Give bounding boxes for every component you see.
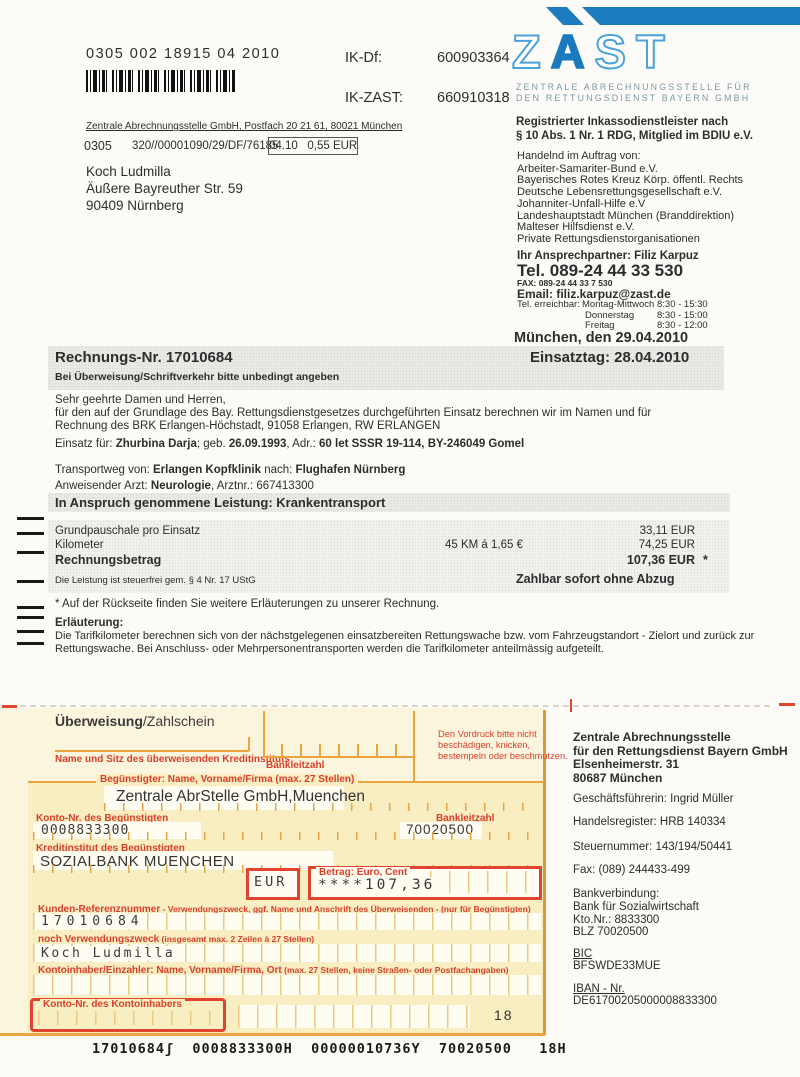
margin-mark bbox=[17, 580, 44, 583]
blz-tick bbox=[395, 744, 397, 756]
iban-value: DE61700205000008833300 bbox=[573, 995, 717, 1008]
row-amount-1: 74,25 EUR bbox=[555, 539, 695, 551]
org-item: Private Rettungsdienstorganisationen bbox=[517, 234, 743, 246]
tax-note: Die Leistung ist steuerfrei gem. § 4 Nr.… bbox=[55, 575, 256, 586]
birth-date: 26.09.1993 bbox=[229, 438, 287, 450]
blz-tick bbox=[319, 744, 321, 756]
ik-zast-label: IK-ZAST: bbox=[345, 90, 403, 106]
recipient-city: 90409 Nürnberg bbox=[86, 197, 243, 214]
body-line1: für den auf der Grundlage des Bay. Rettu… bbox=[55, 407, 651, 419]
body-line2: Rechnung des BRK Erlangen-Höchstadt, 910… bbox=[55, 420, 440, 432]
company-ceo: Geschäftsführerin: Ingrid Müller bbox=[573, 793, 733, 806]
slip-warning: Den Vordruck bitte nicht beschädigen, kn… bbox=[438, 729, 568, 762]
invoice-scan-page: 0305 002 18915 04 2010 IK-Df: 600903364 … bbox=[0, 0, 800, 1077]
invoice-number-note: Bei Überweisung/Schriftverkehr bitte unb… bbox=[55, 371, 339, 383]
blz-tick bbox=[300, 744, 302, 756]
logo-letter-s: S bbox=[595, 25, 636, 78]
postage-box: 04.10 0,55 EUR bbox=[268, 137, 358, 155]
blz-tick bbox=[376, 744, 378, 756]
salutation: Sehr geehrte Damen und Herren, bbox=[55, 394, 226, 406]
payable-note: Zahlbar sofort ohne Abzug bbox=[516, 572, 675, 586]
blz-bracket-right bbox=[413, 711, 415, 782]
sender-return-address: Zentrale Abrechnungsstelle GmbH, Postfac… bbox=[86, 121, 402, 132]
recipient-street: Äußere Bayreuther Str. 59 bbox=[86, 180, 243, 197]
company-block: Zentrale Abrechnungsstelle für den Rettu… bbox=[573, 731, 788, 785]
code-mid: 320//00001090/29/DF/76185 bbox=[132, 140, 278, 152]
aux-field bbox=[238, 1005, 470, 1028]
reference-value: 17010684 bbox=[41, 914, 147, 929]
company-fax: Fax: (089) 244433-499 bbox=[573, 864, 690, 877]
slip-bottom-rule bbox=[0, 1033, 545, 1036]
holder-account-cells bbox=[38, 1011, 214, 1025]
bank-details: Bank für Sozialwirtschaft Kto.Nr.: 88333… bbox=[573, 901, 699, 939]
currency-value: EUR bbox=[254, 874, 287, 890]
company-city: 80687 München bbox=[573, 772, 788, 786]
logo-letter-a: A bbox=[551, 25, 595, 78]
sender-bank-rule-tick bbox=[248, 737, 250, 751]
arzt-specialty: Neurologie bbox=[151, 480, 211, 492]
blz-bracket-bottom bbox=[263, 756, 414, 758]
service-title: In Anspruch genommene Leistung: Krankent… bbox=[55, 495, 385, 510]
hours-time-1: 8:30 - 15:00 bbox=[657, 310, 708, 321]
recipient-name: Koch Ludmilla bbox=[86, 163, 243, 180]
einsatztag: Einsatztag: 28.04.2010 bbox=[530, 349, 689, 366]
margin-mark bbox=[17, 616, 44, 619]
hours-label: Tel. erreichbar: bbox=[517, 299, 580, 310]
bank-details-label: Bankverbindung: bbox=[573, 888, 659, 901]
blz-top-label: Bankleitzahl bbox=[266, 760, 324, 771]
logo-letter-z: Z bbox=[512, 25, 551, 78]
blz-tick bbox=[281, 744, 283, 756]
footnote: * Auf der Rückseite finden Sie weitere E… bbox=[55, 598, 439, 610]
registered-line2: § 10 Abs. 1 Nr. 1 RDG, Mitglied im BDIU … bbox=[516, 130, 753, 142]
hours-time-0: 8:30 - 15:30 bbox=[657, 299, 708, 310]
hours-day-1: Donnerstag bbox=[585, 310, 634, 321]
cut-mark-right bbox=[779, 703, 795, 706]
sender-bank-rule bbox=[55, 750, 249, 752]
slip-code18: 18 bbox=[494, 1007, 514, 1023]
amount-value: ****107,36 bbox=[318, 877, 435, 893]
blz-bracket-left bbox=[263, 711, 265, 757]
logo-tagline: ZENTRALE ABRECHNUNGSSTELLE FÜR DEN RETTU… bbox=[516, 82, 752, 103]
sender-bank-label: Name und Sitz des überweisenden Kreditin… bbox=[55, 754, 290, 765]
patient-name: Zhurbina Darja bbox=[116, 438, 197, 450]
ik-df-label: IK-Df: bbox=[345, 50, 382, 66]
ik-zast-value: 660910318 bbox=[437, 90, 510, 106]
code-left: 0305 bbox=[84, 139, 112, 153]
city-date: München, den 29.04.2010 bbox=[514, 330, 688, 346]
bank-account: Kto.Nr.: 8833300 bbox=[573, 914, 699, 927]
acting-label: Handelnd im Auftrag von: bbox=[517, 151, 641, 163]
margin-mark bbox=[17, 606, 44, 609]
row-label-2: Rechnungsbetrag bbox=[55, 553, 161, 567]
margin-mark bbox=[17, 532, 44, 535]
row-detail-1: 45 KM á 1,65 € bbox=[445, 539, 523, 551]
cut-mark-center bbox=[570, 699, 572, 712]
ik-df-value: 600903364 bbox=[437, 50, 510, 66]
transport-to: Flughafen Nürnberg bbox=[296, 464, 406, 476]
registered-line1: Registrierter Inkassodienstleister nach bbox=[516, 116, 728, 128]
perforation-line bbox=[20, 705, 770, 707]
blz-tick bbox=[338, 744, 340, 756]
blz-tick bbox=[357, 744, 359, 756]
company-register: Handelsregister: HRB 140334 bbox=[573, 816, 726, 829]
company-tax-number: Steuernummer: 143/194/50441 bbox=[573, 841, 732, 854]
iban-label: IBAN - Nr. bbox=[573, 983, 625, 996]
bank-blz: BLZ 70020500 bbox=[573, 926, 699, 939]
bic-label: BIC bbox=[573, 948, 592, 961]
org-item: Johanniter-Unfall-Hilfe e.V bbox=[517, 199, 743, 211]
row-label-1: Kilometer bbox=[55, 539, 104, 551]
hours-day-0: Montag-Mittwoch bbox=[582, 299, 654, 310]
margin-mark bbox=[17, 630, 44, 633]
purpose-value: Koch Ludmilla bbox=[41, 946, 178, 961]
margin-mark bbox=[17, 642, 44, 645]
bic-value: BFSWDE33MUE bbox=[573, 960, 661, 973]
transport-from: Erlangen Kopfklinik bbox=[153, 464, 261, 476]
invoice-number: Rechnungs-Nr. 17010684 bbox=[55, 349, 233, 366]
organizations-list: Arbeiter-Samariter-Bund e.V. Bayerisches… bbox=[517, 164, 743, 247]
header-blue-stripe bbox=[582, 7, 800, 25]
beneficiary-value: Zentrale AbrStelle GmbH,Muenchen bbox=[116, 788, 365, 806]
explanation-line1: Die Tarifkilometer berechnen sich von de… bbox=[55, 630, 754, 642]
zast-logo: ZAST bbox=[512, 28, 675, 75]
holder-field bbox=[33, 975, 541, 995]
transport-line: Transportweg von: Erlangen Kopfklinik na… bbox=[55, 464, 405, 476]
logo-letter-t: T bbox=[636, 25, 675, 78]
margin-mark bbox=[17, 551, 44, 554]
row-label-0: Grundpauschale pro Einsatz bbox=[55, 525, 200, 537]
company-street: Elsenheimerstr. 31 bbox=[573, 758, 788, 772]
explanation-label: Erläuterung: bbox=[55, 617, 123, 629]
row-ticks bbox=[33, 832, 541, 840]
amount-star: * bbox=[703, 553, 708, 567]
einsatz-line: Einsatz für: Zhurbina Darja; geb. 26.09.… bbox=[55, 438, 524, 450]
micr-code-line: 17010684ʃ 0008833300H 00000010736Y 70020… bbox=[92, 1041, 567, 1057]
arzt-line: Anweisender Arzt: Neurologie, Arztnr.: 6… bbox=[55, 480, 314, 492]
holder-account-label: Konto-Nr. des Kontoinhabers bbox=[40, 999, 185, 1010]
explanation-line2: Rettungswache. Bei Anschluss- oder Mehrp… bbox=[55, 643, 604, 655]
bank-name: Bank für Sozialwirtschaft bbox=[573, 901, 699, 914]
company-name-1: Zentrale Abrechnungsstelle bbox=[573, 731, 788, 745]
reference-code: 0305 002 18915 04 2010 bbox=[86, 46, 280, 62]
row-amount-2: 107,36 EUR bbox=[555, 553, 695, 567]
row-amount-0: 33,11 EUR bbox=[555, 525, 695, 537]
margin-mark bbox=[17, 517, 44, 520]
amount-box-cells bbox=[430, 871, 538, 893]
patient-address: 60 let SSSR 19-114, BY-246049 Gomel bbox=[319, 438, 524, 450]
slip-title: Überweisung/Zahlschein bbox=[55, 713, 215, 729]
company-name-2: für den Rettungsdienst Bayern GmbH bbox=[573, 745, 788, 759]
beneficiary-label: Begünstigter: Name, Vorname/Firma (max. … bbox=[96, 774, 358, 785]
header-blue-stripe-fragment bbox=[546, 7, 584, 25]
barcode bbox=[86, 70, 236, 92]
recipient-address: Koch Ludmilla Äußere Bayreuther Str. 59 … bbox=[86, 163, 243, 214]
